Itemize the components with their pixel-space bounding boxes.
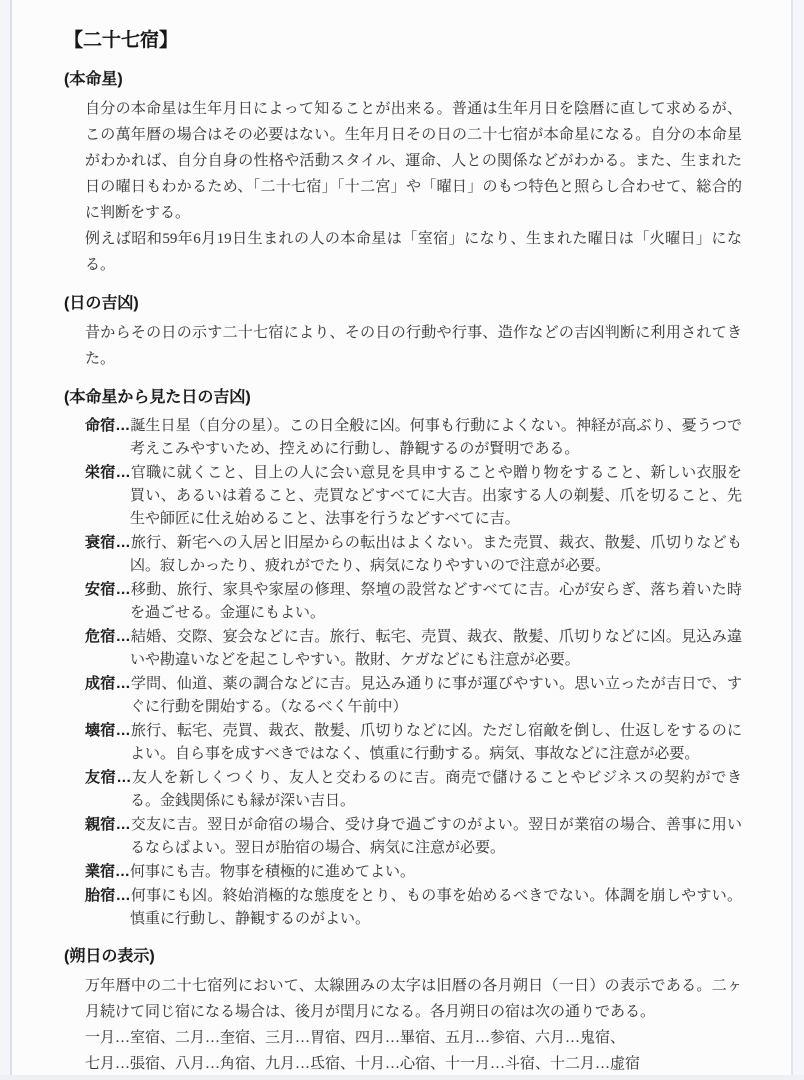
entry-separator: … [116, 816, 131, 833]
entry-separator: … [116, 581, 131, 598]
mansion-description: 旅行、転宅、売買、裁衣、散髪、爪切りなどに凶。ただし宿敵を倒し、仕返しをするのに… [130, 723, 742, 762]
mansion-description: 何事にも凶。終始消極的な態度をとり、もの事を始めるべきでない。体調を崩しやすい。… [130, 888, 742, 927]
mansion-label: 危宿 [85, 628, 116, 645]
page-margin-left [0, 0, 10, 1080]
entry-separator: … [116, 464, 131, 481]
mansion-entry: 業宿…何事にも吉。物事を積極的に進めてよい。 [85, 860, 742, 884]
page-edge-line-right [791, 0, 793, 1080]
entry-separator: … [116, 534, 131, 551]
mansion-entry: 成宿…学問、仙道、薬の調合などに吉。見込み通りに事が運びやすい。思い立ったが吉日… [85, 672, 742, 719]
mansion-description: 誕生日星（自分の星）。この日全般に凶。何事も行動によくない。神経が高ぶり、憂うつ… [130, 418, 742, 457]
mansion-label: 胎宿 [85, 887, 116, 904]
mansion-description: 何事にも吉。物事を積極的に進めてよい。 [130, 864, 415, 880]
paragraph: 万年暦中の二十七宿列において、太線囲みの太字は旧暦の各月朔日（一日）の表示である… [85, 973, 742, 1025]
section-heading: (日の吉凶) [64, 292, 742, 316]
mansion-description: 結婚、交際、宴会などに吉。旅行、転宅、売買、裁衣、散髪、爪切りなどに凶。見込み違… [130, 629, 742, 668]
month-mansion-line: 七月…張宿、八月…角宿、九月…氐宿、十月…心宿、十一月…斗宿、十二月…虚宿 [85, 1051, 742, 1077]
mansion-label: 栄宿 [85, 464, 116, 481]
mansion-entry: 胎宿…何事にも凶。終始消極的な態度をとり、もの事を始めるべきでない。体調を崩しや… [85, 884, 742, 931]
mansion-description: 学問、仙道、薬の調合などに吉。見込み通りに事が運びやすい。思い立ったが吉日で、す… [130, 676, 742, 715]
entry-separator: … [116, 628, 131, 645]
mansion-entry: 衰宿…旅行、新宅への入居と旧屋からの転出はよくない。また売買、裁衣、散髪、爪切り… [85, 531, 742, 578]
entry-separator: … [116, 675, 131, 692]
entry-separator: … [115, 417, 130, 434]
paragraph: 例えば昭和59年6月19日生まれの人の本命星は「室宿」になり、生まれた曜日は「火… [85, 226, 742, 278]
entry-separator: … [116, 722, 131, 739]
section-day-fortunes: (本命星から見た日の吉凶) 命宿…誕生日星（自分の星）。この日全般に凶。何事も行… [64, 386, 742, 931]
mansion-description: 官職に就くこと、目上の人に会い意見を具申することや贈り物をすること、新しい衣服を… [130, 465, 742, 527]
section-honmeisei: (本命星) 自分の本命星は生年月日によって知ることが出来る。普通は生年月日を陰暦… [64, 68, 742, 278]
mansion-entry: 栄宿…官職に就くこと、目上の人に会い意見を具申することや贈り物をすること、新しい… [85, 461, 742, 531]
mansion-entry: 安宿…移動、旅行、家具や家屋の修理、祭壇の設営などすべてに吉。心が安らぎ、落ち着… [85, 578, 742, 625]
paragraph: 自分の本命星は生年月日によって知ることが出来る。普通は生年月日を陰暦に直して求め… [85, 96, 742, 226]
mansion-description: 友人を新しくつくり、友人と交わるのに吉。商売で儲けることやビジネスの契約ができる… [130, 770, 742, 809]
mansion-entry: 危宿…結婚、交際、宴会などに吉。旅行、転宅、売買、裁衣、散髪、爪切りなどに凶。見… [85, 625, 742, 672]
page-margin-right [793, 0, 804, 1080]
section-hi-no-kikkyo: (日の吉凶) 昔からその日の示す二十七宿により、その日の行動や行事、造作などの吉… [64, 292, 742, 372]
mansion-label: 安宿 [85, 581, 116, 598]
section-heading: (本命星から見た日の吉凶) [64, 386, 742, 410]
mansion-label: 壊宿 [85, 722, 116, 739]
mansion-label: 友宿 [85, 769, 116, 786]
section-heading: (朔日の表示) [64, 945, 742, 969]
mansion-entry: 壊宿…旅行、転宅、売買、裁衣、散髪、爪切りなどに凶。ただし宿敵を倒し、仕返しをす… [85, 719, 742, 766]
paragraph: 昔からその日の示す二十七宿により、その日の行動や行事、造作などの吉凶判断に利用さ… [85, 320, 742, 372]
mansion-label: 親宿 [85, 816, 116, 833]
scanned-document-page: 【二十七宿】 (本命星) 自分の本命星は生年月日によって知ることが出来る。普通は… [0, 0, 804, 1080]
entry-separator: … [116, 887, 131, 904]
mansion-entry: 親宿…交友に吉。翌日が命宿の場合、受け身で過ごすのがよい。翌日が業宿の場合、善事… [85, 813, 742, 860]
document-content: 【二十七宿】 (本命星) 自分の本命星は生年月日によって知ることが出来る。普通は… [64, 28, 742, 1077]
mansion-label: 衰宿 [85, 534, 116, 551]
entry-separator: … [115, 863, 130, 880]
mansion-description: 旅行、新宅への入居と旧屋からの転出はよくない。また売買、裁衣、散髪、爪切りなども… [130, 535, 742, 574]
section-sakujitsu: (朔日の表示) 万年暦中の二十七宿列において、太線囲みの太字は旧暦の各月朔日（一… [64, 945, 742, 1077]
mansion-label: 命宿 [85, 417, 115, 434]
page-title: 【二十七宿】 [64, 28, 742, 54]
month-mansion-line: 一月…室宿、二月…奎宿、三月…胃宿、四月…畢宿、五月…参宿、六月…鬼宿、 [85, 1025, 742, 1051]
mansion-entry: 命宿…誕生日星（自分の星）。この日全般に凶。何事も行動によくない。神経が高ぶり、… [85, 414, 742, 461]
mansion-description: 交友に吉。翌日が命宿の場合、受け身で過ごすのがよい。翌日が業宿の場合、善事に用い… [130, 817, 742, 856]
mansion-description: 移動、旅行、家具や家屋の修理、祭壇の設営などすべてに吉。心が安らぎ、落ち着いた時… [130, 582, 742, 621]
mansion-entry: 友宿…友人を新しくつくり、友人と交わるのに吉。商売で儲けることやビジネスの契約が… [85, 766, 742, 813]
mansion-label: 業宿 [85, 863, 115, 880]
mansion-label: 成宿 [85, 675, 116, 692]
entry-separator: … [116, 769, 131, 786]
section-heading: (本命星) [64, 68, 742, 92]
page-edge-line-left [10, 0, 12, 1080]
